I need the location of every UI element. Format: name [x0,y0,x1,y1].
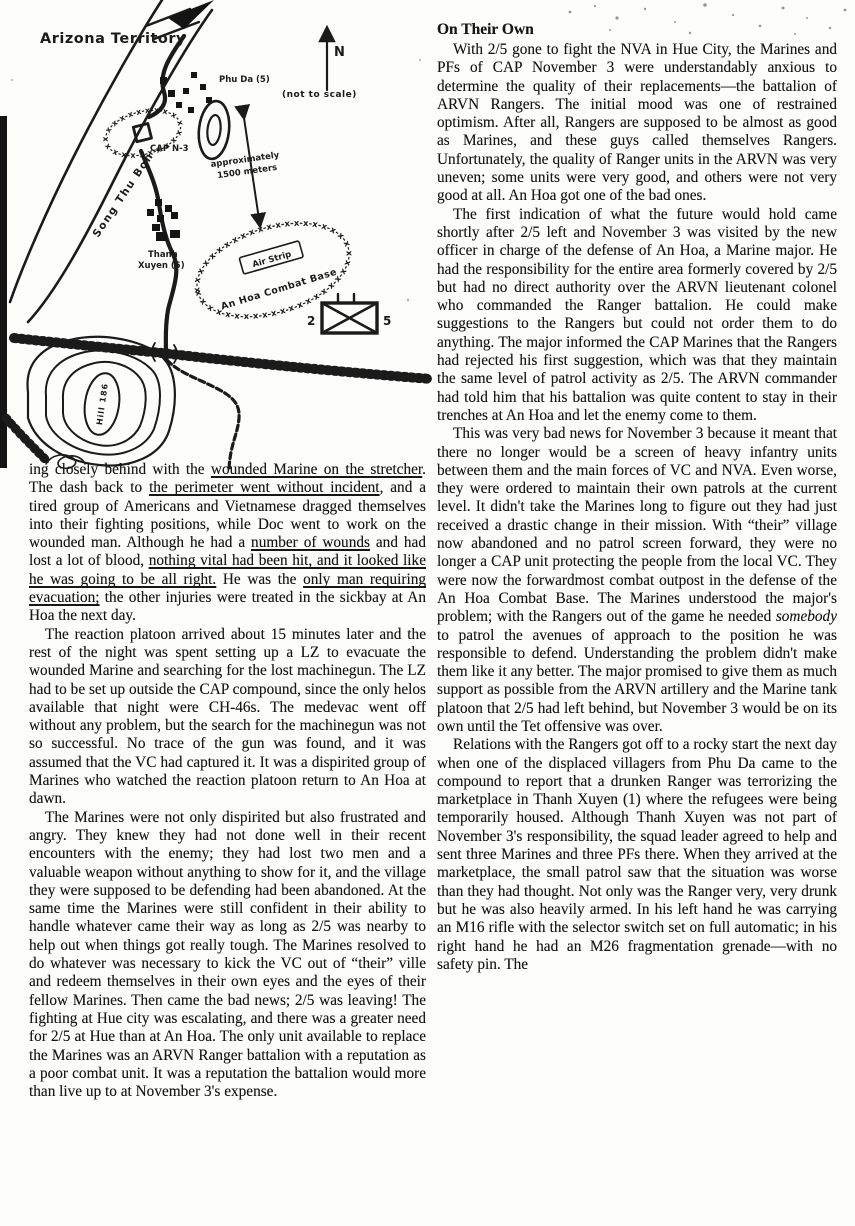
river: Song Thu Bon [10,0,212,322]
left-column: ing closely behind with the wounded Mari… [29,461,426,1101]
scan-noise [11,59,421,301]
small-hill-contours [196,100,232,161]
north-label: N [334,45,345,60]
north-arrow-icon: N [327,28,345,90]
paragraph: This was very bad news for November 3 be… [437,425,837,736]
paragraph: The Marines were not only dispirited but… [29,809,426,1102]
section-heading: On Their Own [437,20,837,39]
territory-label: Arizona Territory [40,31,186,47]
phu-da-hamlet: Phu Da (5) [160,72,270,113]
right-column: On Their Own With 2/5 gone to fight the … [437,20,837,974]
cap-compound: x-x-x-x-x-x-x-x-x-x-x-x-x-x-x-x-x-x-x-x-… [95,97,191,168]
scale-note: (not to scale) [282,90,357,100]
cap-label: CAP N-3 [150,144,189,154]
map-figure: Song Thu Bon Arizona Territory N (not to… [0,0,435,472]
unit-symbol-right-label: 5 [383,314,391,328]
thanh-xuyen-label-line2: Xuyen (5) [138,261,185,271]
paragraph: The first indication of what the future … [437,206,837,426]
hill-label: Hill 186 [95,382,110,425]
svg-text:x-x-x-x-x-x-x-x-x-x-x-x-x-x-x-: x-x-x-x-x-x-x-x-x-x-x-x-x-x-x-x-x-x-x-x-… [95,97,191,168]
unit-symbol-left-label: 2 [307,314,315,328]
paragraph: With 2/5 gone to fight the NVA in Hue Ci… [437,41,837,206]
paragraph-continuation: ing closely behind with the wounded Mari… [29,461,426,626]
cap-perimeter-wire: x-x-x-x-x-x-x-x-x-x-x-x-x-x-x-x-x-x-x-x-… [95,97,191,168]
scanned-page: Song Thu Bon Arizona Territory N (not to… [0,0,855,1226]
phu-da-label: Phu Da (5) [219,75,270,85]
thanh-xuyen-label-line1: Thanh [148,250,178,260]
airstrip: Air Strip [239,241,303,274]
paragraph: The reaction platoon arrived about 15 mi… [29,626,426,809]
paragraph: Relations with the Rangers got off to a … [437,736,837,974]
